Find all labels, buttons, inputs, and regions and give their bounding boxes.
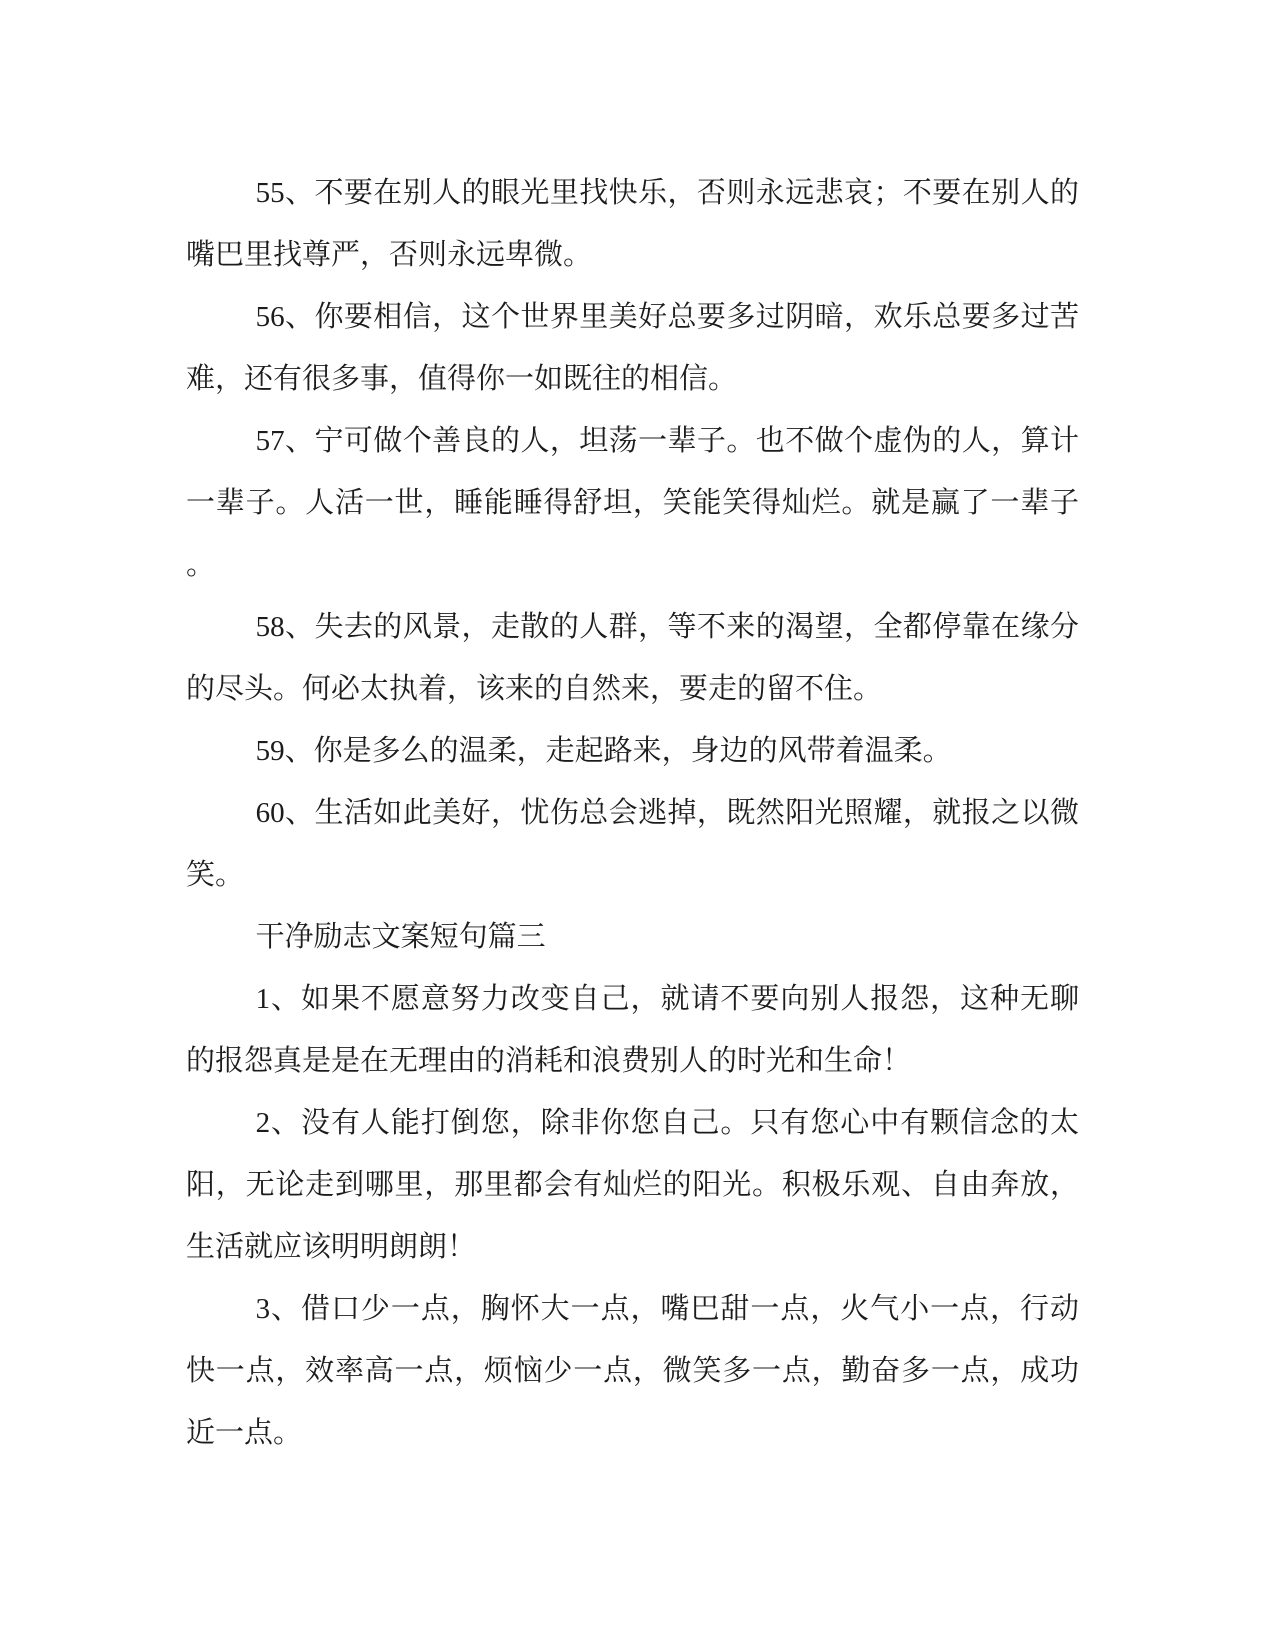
- text-line: 3、借口少一点，胸怀大一点，嘴巴甜一点，火气小一点，行动: [186, 1278, 1079, 1340]
- text-line: 55、不要在别人的眼光里找快乐，否则永远悲哀；不要在别人的: [186, 162, 1079, 224]
- item-56: 56、你要相信，这个世界里美好总要多过阴暗，欢乐总要多过苦难，还有很多事，值得你…: [186, 286, 1079, 410]
- text-line: 。: [186, 534, 1079, 596]
- text-line: 57、宁可做个善良的人，坦荡一辈子。也不做个虚伪的人，算计: [186, 410, 1079, 472]
- text-line: 的尽头。何必太执着，该来的自然来，要走的留不住。: [186, 658, 1079, 720]
- item-58: 58、失去的风景，走散的人群，等不来的渴望，全都停靠在缘分的尽头。何必太执着，该…: [186, 596, 1079, 720]
- text-line: 笑。: [186, 844, 1079, 906]
- item-59: 59、你是多么的温柔，走起路来，身边的风带着温柔。: [186, 720, 1079, 782]
- text-line: 一辈子。人活一世，睡能睡得舒坦，笑能笑得灿烂。就是赢了一辈子: [186, 472, 1079, 534]
- text-line: 1、如果不愿意努力改变自己，就请不要向别人报怨，这种无聊: [186, 968, 1079, 1030]
- item-3: 3、借口少一点，胸怀大一点，嘴巴甜一点，火气小一点，行动快一点，效率高一点，烦恼…: [186, 1278, 1079, 1464]
- text-line: 快一点，效率高一点，烦恼少一点，微笑多一点，勤奋多一点，成功: [186, 1340, 1079, 1402]
- item-2: 2、没有人能打倒您，除非你您自己。只有您心中有颗信念的太阳，无论走到哪里，那里都…: [186, 1092, 1079, 1278]
- item-60: 60、生活如此美好，忧伤总会逃掉，既然阳光照耀，就报之以微笑。: [186, 782, 1079, 906]
- text-line: 近一点。: [186, 1402, 1079, 1464]
- item-55: 55、不要在别人的眼光里找快乐，否则永远悲哀；不要在别人的嘴巴里找尊严，否则永远…: [186, 162, 1079, 286]
- text-line: 嘴巴里找尊严，否则永远卑微。: [186, 224, 1079, 286]
- text-line: 的报怨真是是在无理由的消耗和浪费别人的时光和生命！: [186, 1030, 1079, 1092]
- text-line: 59、你是多么的温柔，走起路来，身边的风带着温柔。: [186, 720, 1079, 782]
- text-line: 60、生活如此美好，忧伤总会逃掉，既然阳光照耀，就报之以微: [186, 782, 1079, 844]
- text-line: 干净励志文案短句篇三: [186, 906, 1079, 968]
- document-page: 55、不要在别人的眼光里找快乐，否则永远悲哀；不要在别人的嘴巴里找尊严，否则永远…: [0, 0, 1275, 1650]
- text-line: 生活就应该明明朗朗！: [186, 1216, 1079, 1278]
- text-line: 2、没有人能打倒您，除非你您自己。只有您心中有颗信念的太: [186, 1092, 1079, 1154]
- text-line: 阳，无论走到哪里，那里都会有灿烂的阳光。积极乐观、自由奔放，: [186, 1154, 1079, 1216]
- text-line: 58、失去的风景，走散的人群，等不来的渴望，全都停靠在缘分: [186, 596, 1079, 658]
- item-1: 1、如果不愿意努力改变自己，就请不要向别人报怨，这种无聊的报怨真是是在无理由的消…: [186, 968, 1079, 1092]
- item-57: 57、宁可做个善良的人，坦荡一辈子。也不做个虚伪的人，算计一辈子。人活一世，睡能…: [186, 410, 1079, 596]
- document-body: 55、不要在别人的眼光里找快乐，否则永远悲哀；不要在别人的嘴巴里找尊严，否则永远…: [186, 162, 1079, 1464]
- text-line: 56、你要相信，这个世界里美好总要多过阴暗，欢乐总要多过苦: [186, 286, 1079, 348]
- text-line: 难，还有很多事，值得你一如既往的相信。: [186, 348, 1079, 410]
- section-heading: 干净励志文案短句篇三: [186, 906, 1079, 968]
